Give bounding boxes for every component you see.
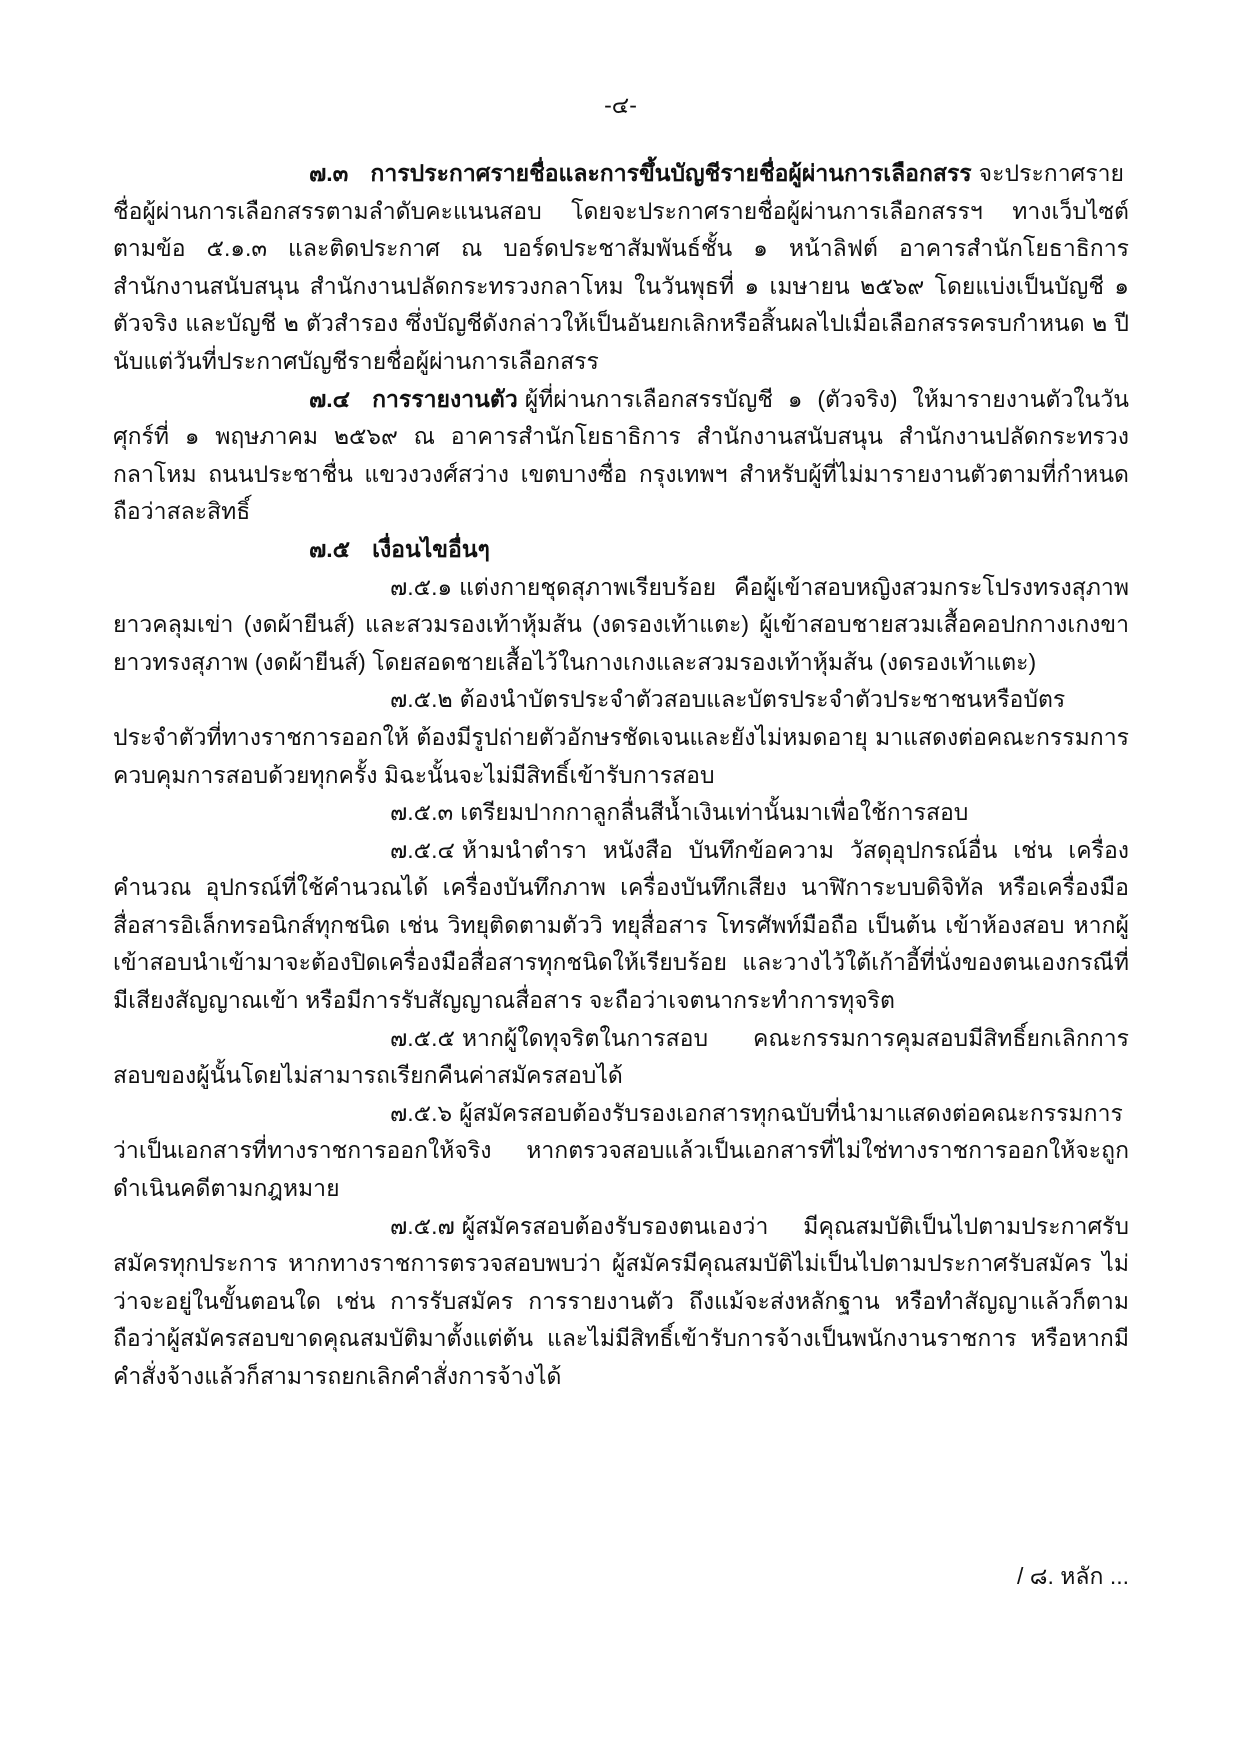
- clause-number: ๗.๕.๓: [390, 799, 453, 825]
- clause-number: ๗.๕.๑: [390, 574, 452, 600]
- clause-7-5-5: ๗.๕.๕หากผู้ใดทุจริตในการสอบ คณะกรรมการคุ…: [113, 1020, 1129, 1095]
- clause-text: ห้ามนำตำรา หนังสือ บันทึกข้อความ วัสดุอุ…: [113, 837, 1129, 1013]
- clause-7-5-1: ๗.๕.๑แต่งกายชุดสุภาพเรียบร้อย คือผู้เข้า…: [113, 569, 1129, 682]
- clause-title: เงื่อนไขอื่นๆ: [372, 536, 490, 562]
- clause-7-5-4: ๗.๕.๔ห้ามนำตำรา หนังสือ บันทึกข้อความ วั…: [113, 832, 1129, 1020]
- clause-number: ๗.๕.๔: [390, 837, 455, 863]
- document-page: -๔- ๗.๓การประกาศรายชื่อและการขึ้นบัญชีรา…: [0, 0, 1241, 1755]
- clause-7-5-7: ๗.๕.๗ผู้สมัครสอบต้องรับรองตนเองว่า มีคุณ…: [113, 1208, 1129, 1396]
- clause-number: ๗.๕: [309, 536, 350, 562]
- continuation-note: / ๘. หลัก ...: [113, 1558, 1129, 1595]
- clause-title: การประกาศรายชื่อและการขึ้นบัญชีรายชื่อผู…: [370, 160, 971, 186]
- clause-text: ผู้สมัครสอบต้องรับรองเอกสารทุกฉบับที่นำม…: [113, 1100, 1129, 1201]
- clause-number: ๗.๓: [309, 160, 348, 186]
- clause-7-5-2: ๗.๕.๒ต้องนำบัตรประจำตัวสอบและบัตรประจำตั…: [113, 681, 1129, 794]
- clause-text: จะประกาศรายชื่อผู้ผ่านการเลือกสรรตามลำดั…: [113, 160, 1129, 374]
- document-body: ๗.๓การประกาศรายชื่อและการขึ้นบัญชีรายชื่…: [113, 155, 1129, 1396]
- clause-text: ผู้ที่ผ่านการเลือกสรรบัญชี ๑ (ตัวจริง) ใ…: [113, 386, 1129, 525]
- clause-7-5-3: ๗.๕.๓เตรียมปากกาลูกลื่นสีน้ำเงินเท่านั้น…: [113, 794, 1129, 832]
- clause-text: ผู้สมัครสอบต้องรับรองตนเองว่า มีคุณสมบัต…: [113, 1213, 1129, 1389]
- clause-text: ต้องนำบัตรประจำตัวสอบและบัตรประจำตัวประช…: [113, 686, 1129, 787]
- clause-number: ๗.๕.๗: [390, 1213, 455, 1239]
- clause-number: ๗.๔: [309, 386, 350, 412]
- clause-7-5: ๗.๕เงื่อนไขอื่นๆ: [113, 531, 1129, 569]
- clause-7-4: ๗.๔การรายงานตัวผู้ที่ผ่านการเลือกสรรบัญช…: [113, 381, 1129, 531]
- clause-title: การรายงานตัว: [372, 386, 518, 412]
- clause-heading: ๗.๓การประกาศรายชื่อและการขึ้นบัญชีรายชื่…: [309, 160, 972, 186]
- clause-7-3: ๗.๓การประกาศรายชื่อและการขึ้นบัญชีรายชื่…: [113, 155, 1129, 381]
- clause-heading: ๗.๕เงื่อนไขอื่นๆ: [309, 536, 490, 562]
- clause-number: ๗.๕.๒: [390, 686, 453, 712]
- page-number: -๔-: [0, 90, 1241, 120]
- clause-text: แต่งกายชุดสุภาพเรียบร้อย คือผู้เข้าสอบหญ…: [113, 574, 1129, 675]
- clause-number: ๗.๕.๕: [390, 1025, 455, 1051]
- clause-text: เตรียมปากกาลูกลื่นสีน้ำเงินเท่านั้นมาเพื…: [460, 799, 968, 825]
- clause-7-5-6: ๗.๕.๖ผู้สมัครสอบต้องรับรองเอกสารทุกฉบับท…: [113, 1095, 1129, 1208]
- clause-number: ๗.๕.๖: [390, 1100, 452, 1126]
- clause-text: หากผู้ใดทุจริตในการสอบ คณะกรรมการคุมสอบม…: [113, 1025, 1129, 1089]
- clause-heading: ๗.๔การรายงานตัว: [309, 386, 518, 412]
